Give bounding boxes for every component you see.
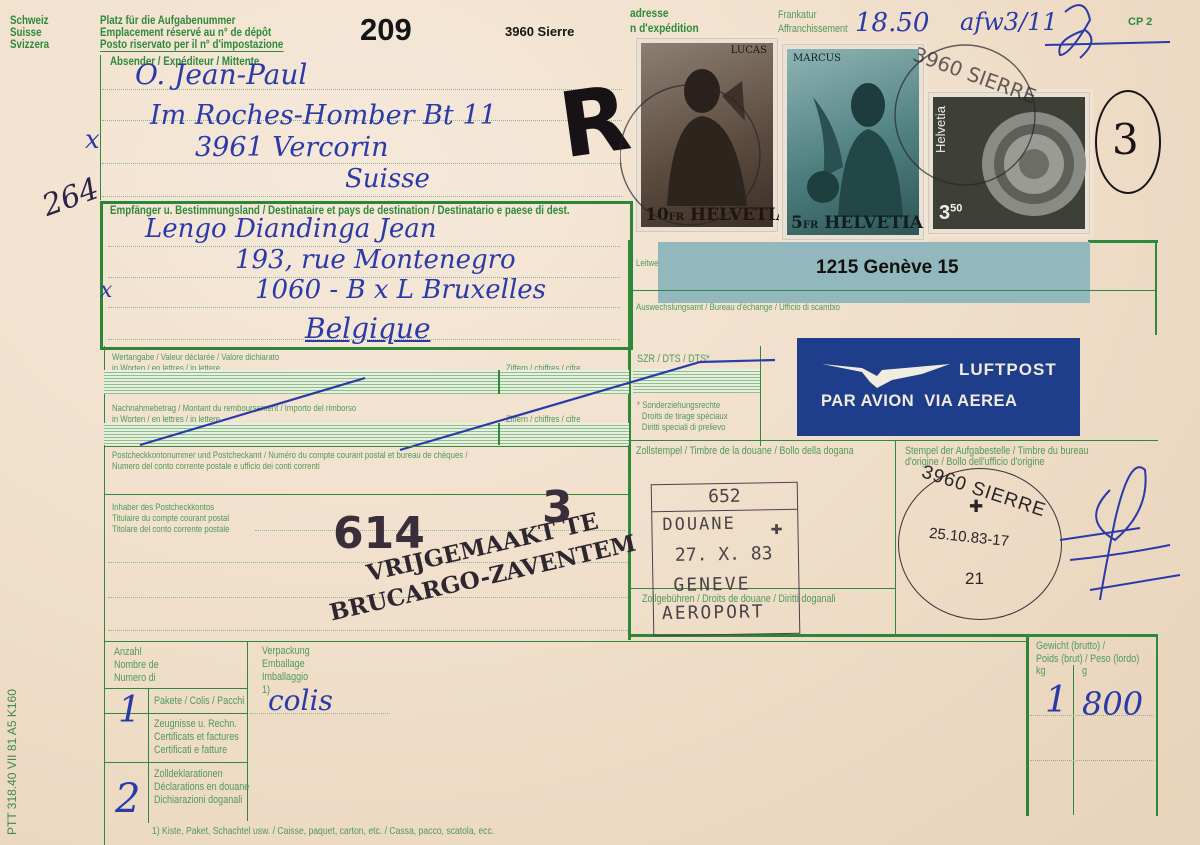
parcels-count: 1	[118, 690, 141, 731]
sender-city: 3961 Vercorin	[195, 132, 389, 163]
svg-text:3960 SIERRE: 3960 SIERRE	[910, 42, 1039, 109]
signature	[1060, 450, 1200, 610]
country-label: Schweiz Suisse Svizzera	[10, 15, 49, 51]
customs-stamp-label: Zollstempel / Timbre de la douane / Boll…	[636, 446, 854, 457]
packing-value: colis	[268, 684, 333, 717]
postcheck-label: Postcheckkontonummer und Postcheckamt / …	[112, 450, 468, 472]
deposit-number-label: Platz für die Aufgabenummer Emplacement …	[100, 15, 283, 52]
form-id: PTT 318.40 VII 81 A5 K160	[5, 689, 19, 835]
sender-left-border	[100, 55, 101, 200]
form-code: CP 2	[1128, 16, 1152, 28]
certificates-row-label: Zeugnisse u. Rechn.Certificats et factur…	[154, 718, 239, 757]
account-holder-label: Inhaber des Postcheckkontos Titulaire du…	[112, 502, 230, 535]
sender-name: O. Jean-Paul	[135, 58, 307, 91]
return-address-label: adresse n d'expédition	[630, 6, 699, 36]
parcels-row-label: Pakete / Colis / Pacchi	[154, 696, 244, 707]
margin-x-mark: x	[85, 125, 100, 155]
recipient-street: 193, rue Montenegro	[235, 245, 516, 275]
declarations-count: 2	[115, 776, 140, 822]
declarations-row-label: ZolldeklarationenDéclarations en douaneD…	[154, 768, 249, 807]
margin-number: 264	[38, 171, 104, 223]
circled-number-value: 3	[1112, 115, 1139, 164]
weight-g-label: g	[1082, 666, 1087, 677]
franking-label: Frankatur Affranchissement	[778, 8, 848, 36]
recipient-city: 1060 - B x L Bruxelles	[255, 275, 546, 305]
swiss-cross-icon: ✚	[770, 515, 782, 539]
strike-lines	[100, 340, 800, 460]
bird-icon	[822, 360, 952, 388]
weight-label: Gewicht (brutto) / Poids (brut) / Peso (…	[1036, 640, 1139, 666]
packing-footnote: 1) Kiste, Paket, Schachtel usw. / Caisse…	[152, 826, 494, 837]
origin-postmark: 3960 SIERRE ✚ 25.10.83-17 21	[898, 468, 1062, 620]
office-name: 3960 Sierre	[505, 24, 574, 39]
swiss-cross-icon: ✚	[969, 497, 983, 517]
weight-g-value: 800	[1082, 685, 1143, 723]
airmail-label: LUFTPOST PAR AVION VIA AEREA	[797, 338, 1080, 436]
routing-label: 1215 Genève 15	[658, 242, 1090, 303]
stamp-cancellation: 3960 SIERRE	[620, 40, 1080, 240]
recipient-x-mark: x	[100, 278, 112, 303]
weight-kg-label: kg	[1036, 666, 1046, 677]
sender-street: Im Roches-Homber Bt 11	[150, 100, 497, 131]
sender-country: Suisse	[345, 164, 430, 194]
exchange-office-label: Auswechslungsamt / Bureau d'échange / Uf…	[636, 302, 840, 313]
count-label: Anzahl Nombre de Numero di	[114, 646, 159, 685]
recipient-name: Lengo Diandinga Jean	[145, 214, 437, 244]
franking-amount: 18.50	[855, 8, 929, 38]
weight-kg-value: 1	[1045, 680, 1068, 721]
customs-stamp: 652 DOUANE ✚ 27. X. 83 GENEVE AEROPORT	[651, 482, 801, 637]
deposit-number: 209	[360, 12, 412, 48]
